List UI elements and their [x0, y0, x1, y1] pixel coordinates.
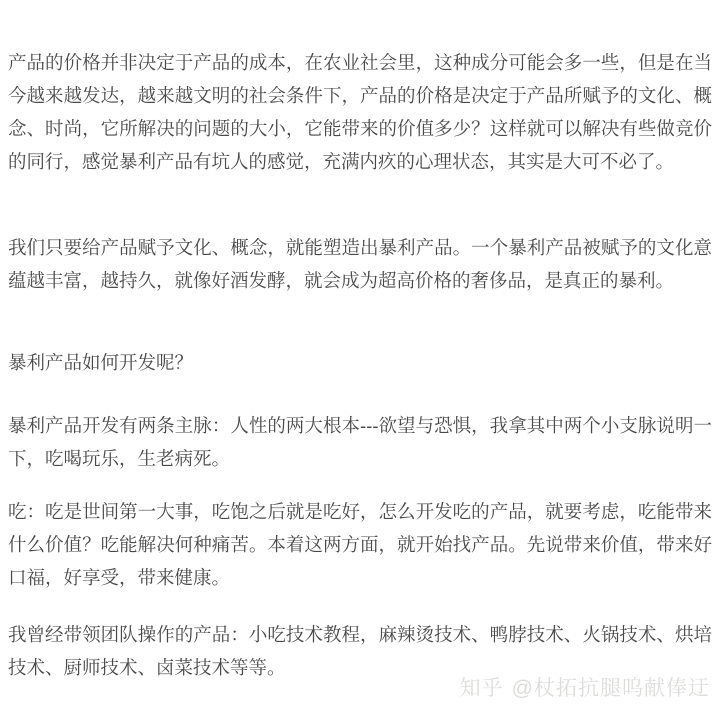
paragraph-question-heading: 暴利产品如何开发呢？ — [8, 346, 712, 379]
zhihu-watermark: 知乎@杖拓抗腿呜献俸迂 — [460, 672, 710, 702]
watermark-username: @杖拓抗腿呜献俸迂 — [512, 677, 710, 700]
page: { "page": { "background_color": "#ffffff… — [0, 0, 720, 713]
paragraph-price-not-cost: 产品的价格并非决定于产品的成本，在农业社会里，这种成分可能会多一些，但是在当今越… — [8, 46, 712, 178]
zhihu-brand-text: 知乎 — [460, 677, 504, 700]
paragraph-eating: 吃：吃是世间第一大事，吃饱之后就是吃好，怎么开发吃的产品，就要考虑，吃能带来什么… — [8, 495, 712, 594]
paragraph-two-main-veins: 暴利产品开发有两条主脉：人性的两大根本---欲望与恐惧，我拿其中两个小支脉说明一… — [8, 409, 712, 475]
article-body: 产品的价格并非决定于产品的成本，在农业社会里，这种成分可能会多一些，但是在当今越… — [0, 0, 720, 684]
paragraph-culture-concept: 我们只要给产品赋予文化、概念，就能塑造出暴利产品。一个暴利产品被赋予的文化意蕴越… — [8, 231, 712, 297]
